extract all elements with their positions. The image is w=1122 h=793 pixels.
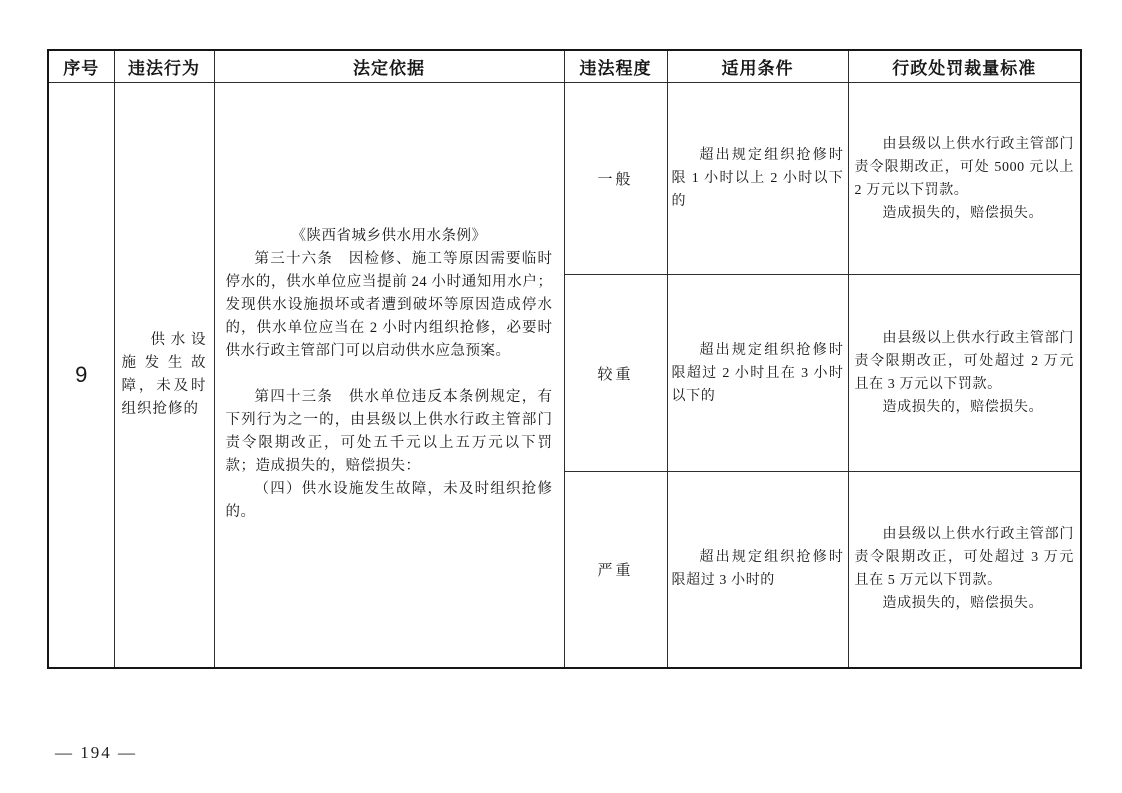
header-legal-basis: 法定依据	[214, 50, 564, 83]
condition-text-general: 超出规定组织抢修时限 1 小时以上 2 小时以下的	[672, 144, 844, 213]
condition-cell-severe: 超出规定组织抢修时限超过 3 小时的	[667, 472, 848, 668]
header-penalty-standard: 行政处罚裁量标准	[848, 50, 1081, 83]
table-header-row: 序号 违法行为 法定依据 违法程度 适用条件 行政处罚裁量标准	[48, 50, 1081, 83]
table-row-general: 9 供水设施发生故障，未及时组织抢修的 《陕西省城乡供水用水条例》 第三十六条 …	[48, 83, 1081, 275]
penalty-text-general-1: 由县级以上供水行政主管部门责令限期改正，可处 5000 元以上 2 万元以下罚款…	[855, 133, 1075, 202]
degree-cell-severe: 严重	[564, 472, 667, 668]
legal-basis-item-4: （四）供水设施发生故障，未及时组织抢修的。	[226, 478, 553, 524]
header-applicable-conditions: 适用条件	[667, 50, 848, 83]
header-serial-number: 序号	[48, 50, 114, 83]
header-violation-degree: 违法程度	[564, 50, 667, 83]
penalty-cell-severe: 由县级以上供水行政主管部门责令限期改正，可处超过 3 万元且在 5 万元以下罚款…	[848, 472, 1081, 668]
illegal-behavior-text: 供水设施发生故障，未及时组织抢修的	[122, 329, 207, 421]
serial-number-cell: 9	[48, 83, 114, 668]
penalty-cell-serious: 由县级以上供水行政主管部门责令限期改正，可处超过 2 万元且在 3 万元以下罚款…	[848, 275, 1081, 472]
legal-basis-title: 《陕西省城乡供水用水条例》	[226, 225, 553, 248]
condition-cell-general: 超出规定组织抢修时限 1 小时以上 2 小时以下的	[667, 83, 848, 275]
penalty-text-serious-2: 造成损失的，赔偿损失。	[855, 396, 1075, 419]
legal-basis-article-43: 第四十三条 供水单位违反本条例规定，有下列行为之一的，由县级以上供水行政主管部门…	[226, 386, 553, 478]
condition-text-severe: 超出规定组织抢修时限超过 3 小时的	[672, 546, 844, 592]
condition-text-serious: 超出规定组织抢修时限超过 2 小时且在 3 小时以下的	[672, 339, 844, 408]
penalty-text-serious-1: 由县级以上供水行政主管部门责令限期改正，可处超过 2 万元且在 3 万元以下罚款…	[855, 327, 1075, 396]
page-number: — 194 —	[55, 743, 137, 763]
penalty-text-severe-2: 造成损失的，赔偿损失。	[855, 592, 1075, 615]
legal-basis-cell: 《陕西省城乡供水用水条例》 第三十六条 因检修、施工等原因需要临时停水的，供水单…	[214, 83, 564, 668]
penalty-text-severe-1: 由县级以上供水行政主管部门责令限期改正，可处超过 3 万元且在 5 万元以下罚款…	[855, 523, 1075, 592]
illegal-behavior-cell: 供水设施发生故障，未及时组织抢修的	[114, 83, 214, 668]
degree-cell-general: 一般	[564, 83, 667, 275]
penalty-standards-table: 序号 违法行为 法定依据 违法程度 适用条件 行政处罚裁量标准 9 供水设施发生…	[47, 49, 1082, 669]
penalty-cell-general: 由县级以上供水行政主管部门责令限期改正，可处 5000 元以上 2 万元以下罚款…	[848, 83, 1081, 275]
document-page: 序号 违法行为 法定依据 违法程度 适用条件 行政处罚裁量标准 9 供水设施发生…	[0, 0, 1122, 793]
legal-basis-article-36: 第三十六条 因检修、施工等原因需要临时停水的，供水单位应当提前 24 小时通知用…	[226, 248, 553, 363]
degree-cell-serious: 较重	[564, 275, 667, 472]
header-illegal-behavior: 违法行为	[114, 50, 214, 83]
penalty-text-general-2: 造成损失的，赔偿损失。	[855, 202, 1075, 225]
condition-cell-serious: 超出规定组织抢修时限超过 2 小时且在 3 小时以下的	[667, 275, 848, 472]
